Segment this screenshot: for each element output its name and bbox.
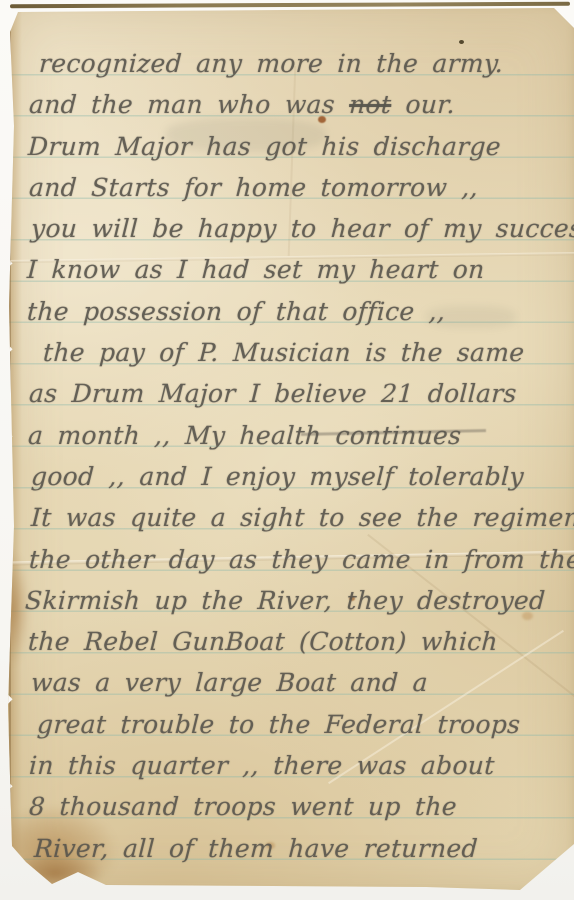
letter-line-13: the other day as they came in from the [28, 539, 561, 580]
binding-crease [9, 6, 11, 892]
letter-line-20: River, all of them have returned [33, 828, 561, 869]
letter-words: the pay of P. Musician is the same [42, 338, 525, 367]
letter-line-9: as Drum Major I believe 21 dollars [28, 373, 561, 414]
letter-words: 8 thousand troops went up the [28, 792, 457, 821]
letter-line-14: Skirmish up the River, they destroyed [24, 580, 561, 621]
letter-line-15: the Rebel GunBoat (Cotton) which [27, 621, 561, 662]
letter-words: good ,, and I enjoy myself tolerably [30, 462, 524, 491]
letter-line-18: in this quarter ,, there was about [28, 745, 561, 786]
letter-words: River, all of them have returned [33, 834, 478, 863]
letter-words: I know as I had set my heart on [26, 255, 485, 284]
letter-line-17: great trouble to the Federal troops [36, 704, 561, 745]
letter-words: great trouble to the Federal troops [36, 710, 521, 739]
letter-words: our. [391, 90, 456, 119]
letter-page: recognized any more in the army.and the … [6, 6, 574, 892]
page-top-edge [10, 2, 570, 8]
letter-words: Drum Major has got his discharge [27, 132, 501, 161]
letter-line-2: and the man who was not our. [28, 84, 561, 125]
letter-line-4: and Starts for home tomorrow ,, [28, 167, 561, 208]
letter-line-16: was a very large Boat and a [30, 662, 561, 703]
letter-line-19: 8 thousand troops went up the [28, 786, 561, 827]
letter-line-6: I know as I had set my heart on [26, 249, 561, 290]
letter-words: Skirmish up the River, they destroyed [24, 586, 546, 615]
letter-words: and Starts for home tomorrow ,, [28, 173, 478, 202]
letter-words: in this quarter ,, there was about [28, 751, 495, 780]
letter-line-3: Drum Major has got his discharge [27, 126, 561, 167]
torn-notch [0, 515, 13, 529]
letter-words: It was quite a sight to see the regiment… [30, 503, 574, 532]
letter-words: a month ,, My health continues [27, 421, 462, 450]
letter-words: as Drum Major I believe 21 dollars [28, 379, 517, 408]
letter-words: the other day as they came in from the [28, 545, 574, 574]
letter-line-10: a month ,, My health continues [27, 415, 561, 456]
letter-line-5: you will be happy to hear of my success [30, 208, 561, 249]
letter-words: and the man who was [28, 90, 350, 119]
letter-words: the Rebel GunBoat (Cotton) which [27, 627, 498, 656]
binding-edge [6, 6, 22, 892]
letter-line-11: good ,, and I enjoy myself tolerably [30, 456, 561, 497]
letter-text: recognized any more in the army.and the … [24, 43, 559, 869]
letter-line-1: recognized any more in the army. [38, 43, 561, 84]
letter-words: recognized any more in the army. [38, 49, 504, 78]
torn-notch [0, 81, 13, 95]
letter-words: the possession of that office ,, [26, 297, 446, 326]
letter-line-7: the possession of that office ,, [26, 291, 561, 332]
torn-notch [0, 428, 13, 442]
letter-words: you will be happy to hear of my success [30, 214, 574, 243]
scan-background: recognized any more in the army.and the … [0, 0, 574, 900]
letter-line-12: It was quite a sight to see the regiment… [30, 497, 561, 538]
torn-notch [0, 171, 13, 185]
letter-words: was a very large Boat and a [30, 668, 428, 697]
struck-word: not [348, 90, 392, 119]
letter-line-8: the pay of P. Musician is the same [42, 332, 561, 373]
